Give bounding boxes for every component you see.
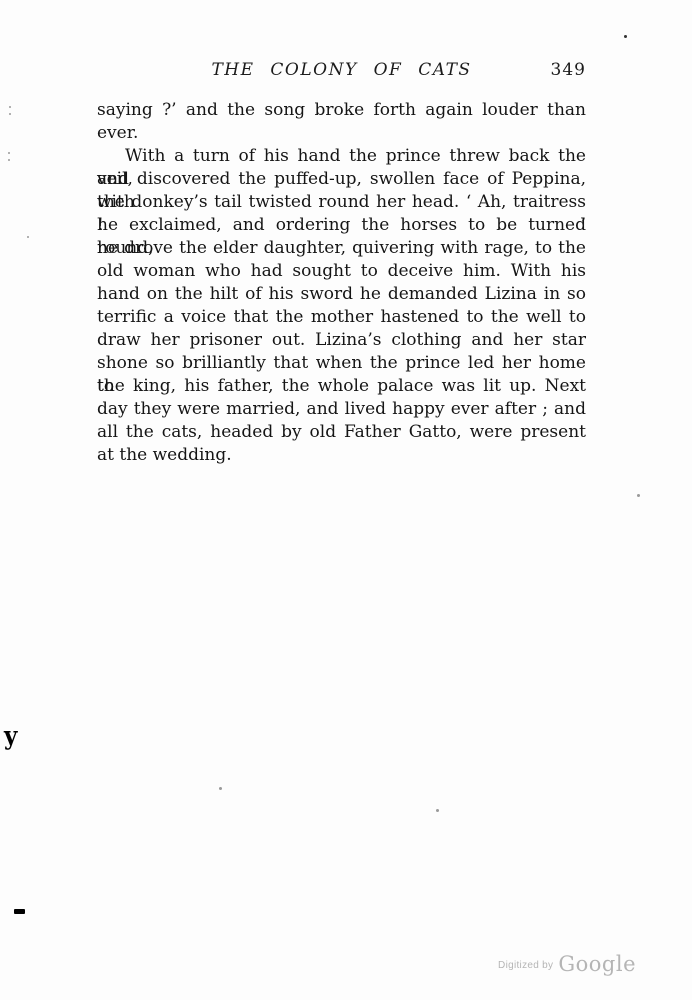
text-block: saying ?’ and the song broke forth again…	[97, 99, 586, 467]
text-line: all the cats, headed by old Father Gatto…	[97, 421, 586, 444]
google-logo: Google	[558, 952, 636, 976]
scan-speck	[637, 494, 640, 497]
text-line: old woman who had sought to deceive him.…	[97, 260, 586, 283]
text-line: at the wedding.	[97, 444, 586, 467]
margin-ink-mark: y	[4, 721, 17, 751]
text-line: With a turn of his hand the prince threw…	[97, 145, 586, 168]
text-line: draw her prisoner out. Lizina’s clothing…	[97, 329, 586, 352]
margin-dash-mark	[14, 909, 25, 914]
running-title: THE COLONY OF CATS	[97, 60, 586, 80]
text-line: and discovered the puffed-up, swollen fa…	[97, 168, 586, 191]
text-line: shone so brilliantly that when the princ…	[97, 352, 586, 375]
scan-speck	[8, 152, 10, 154]
book-page: THE COLONY OF CATS 349 saying ?’ and the…	[0, 0, 692, 1000]
scan-speck	[27, 236, 29, 238]
page-number: 349	[551, 60, 586, 80]
text-line: he exclaimed, and ordering the horses to…	[97, 214, 586, 237]
text-line: saying ?’ and the song broke forth again…	[97, 99, 586, 122]
scan-speck	[8, 159, 10, 161]
watermark-prefix: Digitized by	[498, 960, 553, 971]
scan-speck	[219, 787, 222, 790]
text-line: hand on the hilt of his sword he demande…	[97, 283, 586, 306]
text-line: ever.	[97, 122, 586, 145]
text-line: terrific a voice that the mother hastene…	[97, 306, 586, 329]
text-line: the king, his father, the whole palace w…	[97, 375, 586, 398]
text-line: the donkey’s tail twisted round her head…	[97, 191, 586, 214]
page-header: THE COLONY OF CATS 349	[97, 60, 586, 82]
digitization-watermark: Digitized byGoogle	[498, 952, 636, 976]
scan-speck	[9, 113, 11, 115]
scan-speck	[9, 106, 11, 108]
scan-speck	[436, 809, 439, 812]
scan-speck	[624, 35, 627, 38]
text-line: day they were married, and lived happy e…	[97, 398, 586, 421]
text-line: he drove the elder daughter, quivering w…	[97, 237, 586, 260]
